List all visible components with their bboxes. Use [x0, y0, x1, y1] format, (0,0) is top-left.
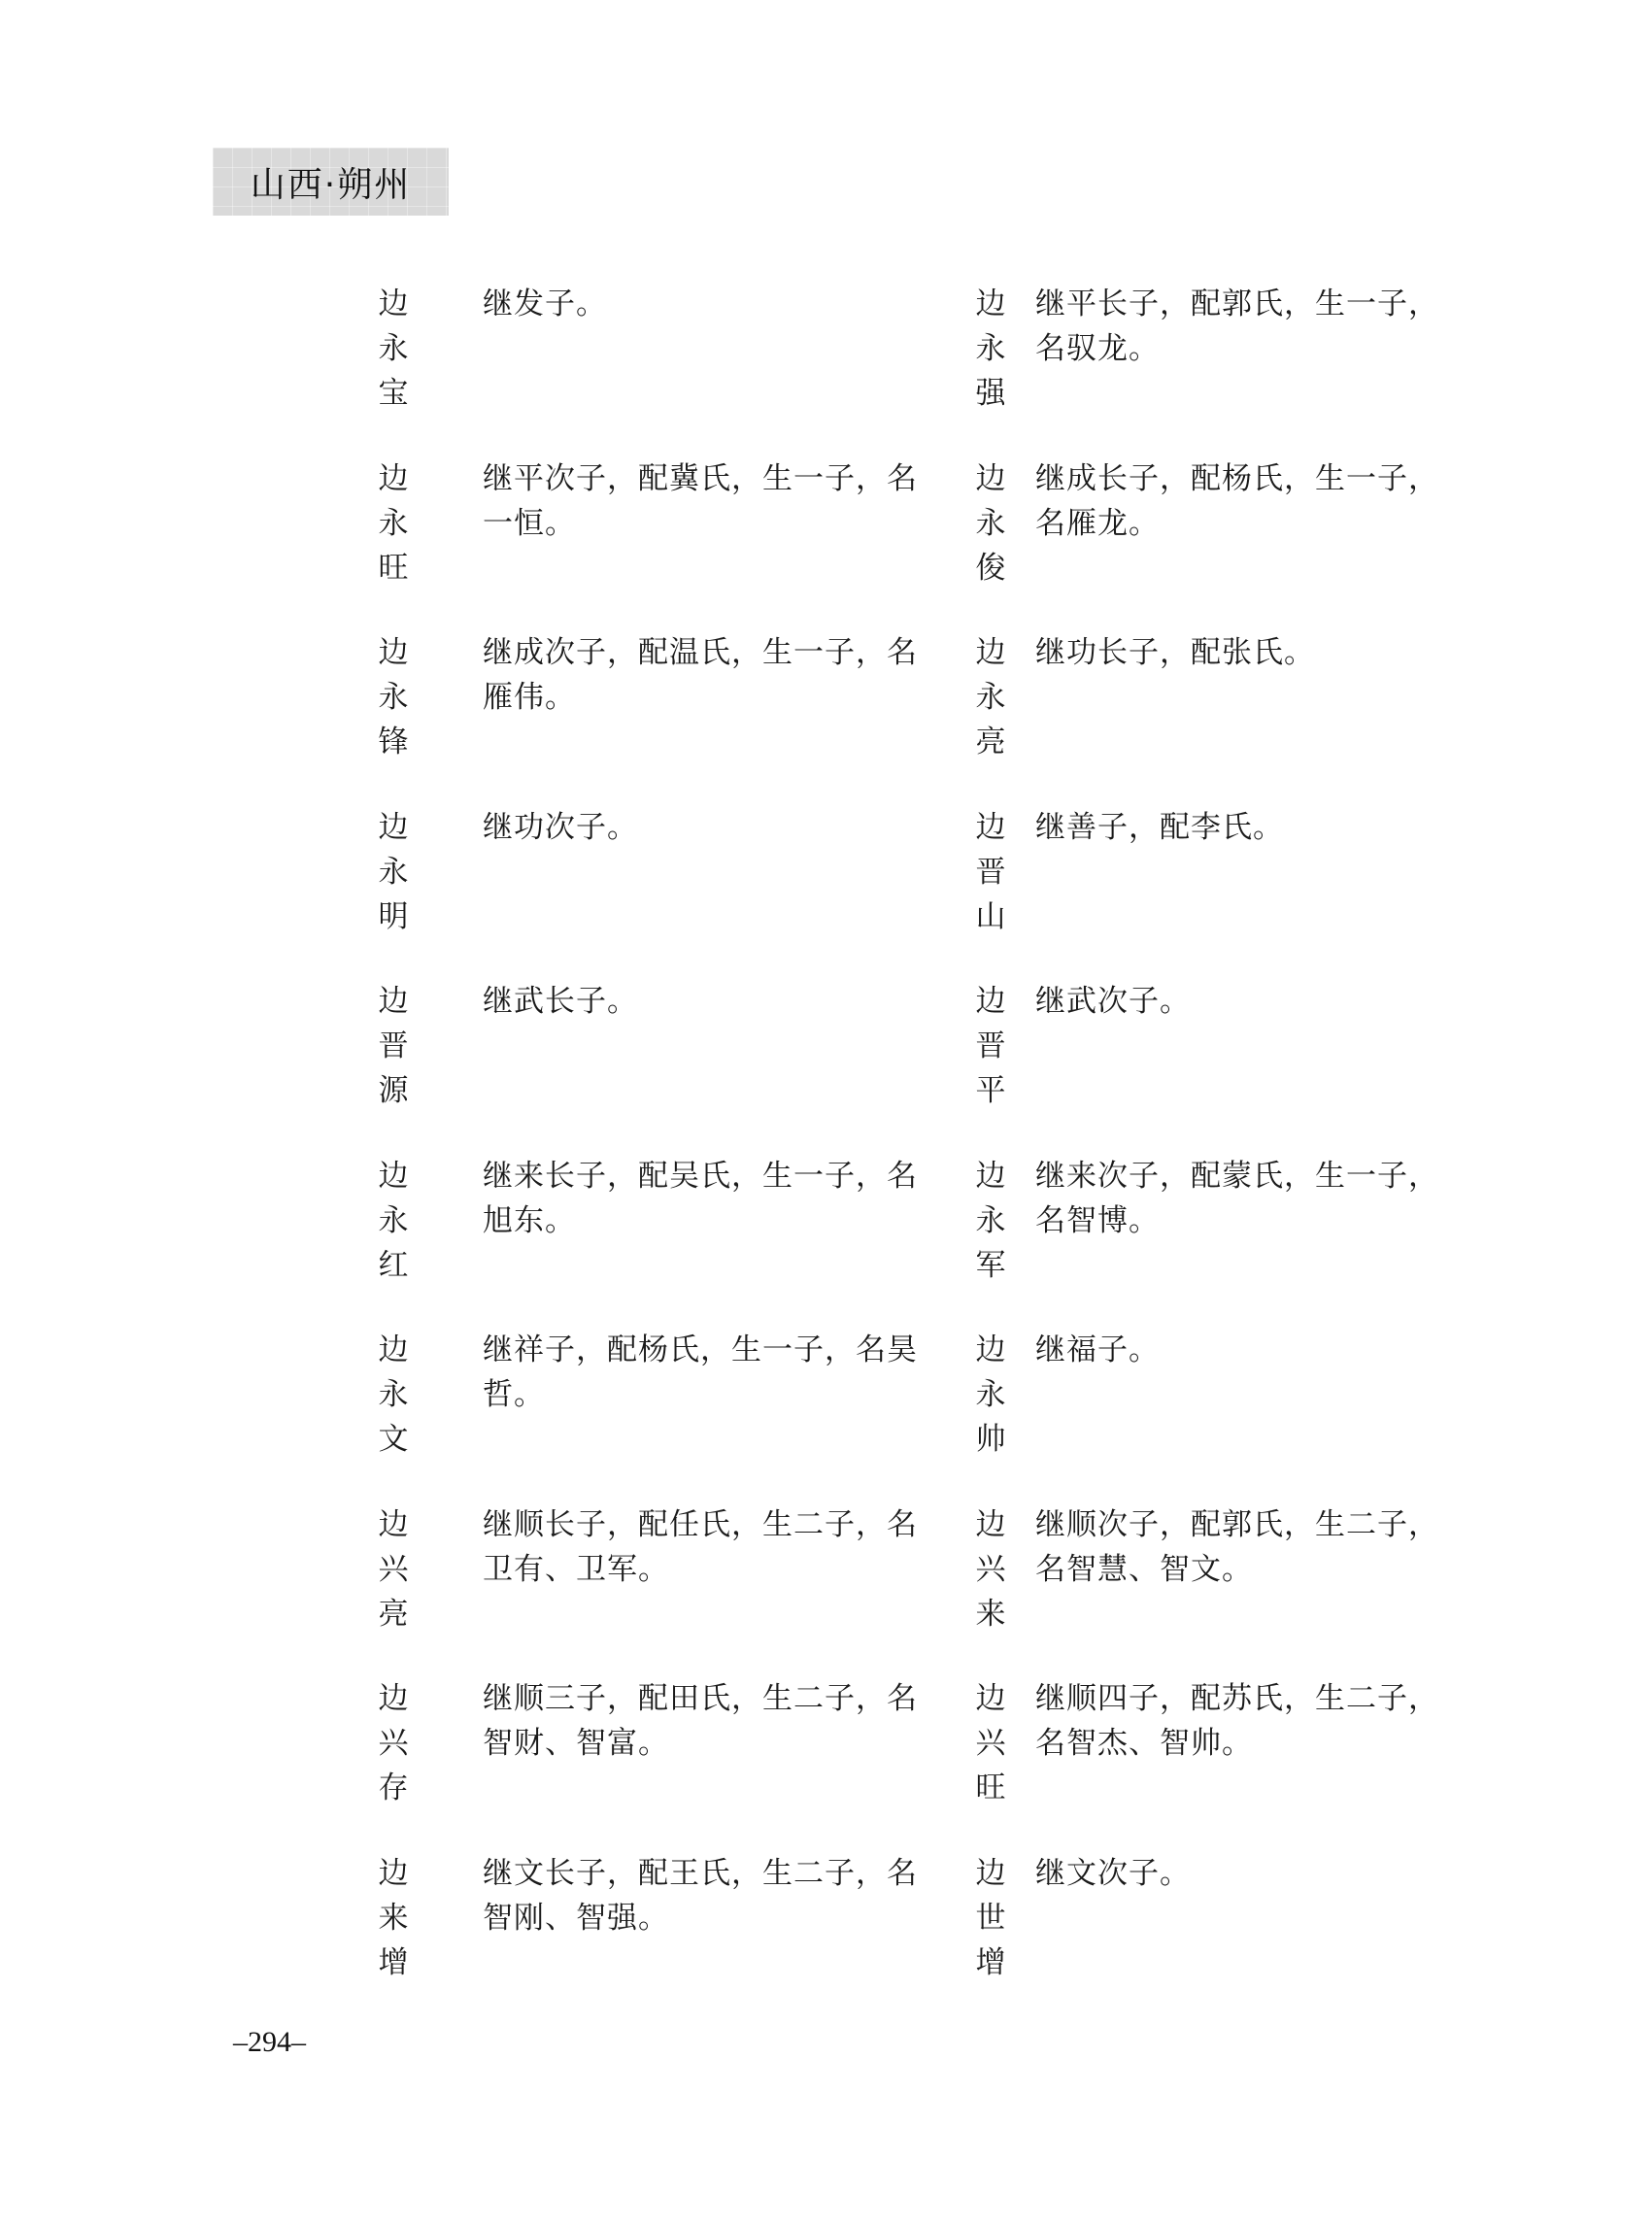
person-name: 边兴来: [971, 1502, 1010, 1636]
person-name: 边永锋: [374, 630, 413, 764]
genealogy-entry: 边晋源继武长子。: [374, 979, 920, 1113]
person-description: 继祥子，配杨氏，生一子，名昊哲。: [483, 1328, 920, 1462]
name-character: 永: [374, 1198, 413, 1243]
person-name: 边永明: [374, 805, 413, 939]
genealogy-entry: 边世增继文次子。: [971, 1851, 1453, 1985]
name-character: 永: [374, 326, 413, 371]
person-description: 继文长子，配王氏，生二子，名智刚、智强。: [483, 1851, 920, 1985]
person-description: 继善子，配李氏。: [1035, 805, 1453, 939]
name-character: 晋: [374, 1024, 413, 1068]
name-character: 明: [374, 894, 413, 939]
person-name: 边兴旺: [971, 1676, 1010, 1810]
name-character: 旺: [971, 1766, 1010, 1810]
name-character: 永: [374, 675, 413, 720]
person-name: 边晋平: [971, 979, 1010, 1113]
name-character: 边: [971, 805, 1010, 850]
name-character: 边: [374, 1328, 413, 1372]
person-name: 边永军: [971, 1154, 1010, 1288]
genealogy-entry: 边永文继祥子，配杨氏，生一子，名昊哲。: [374, 1328, 920, 1462]
name-character: 边: [971, 979, 1010, 1024]
name-character: 俊: [971, 546, 1010, 590]
genealogy-entry: 边兴旺继顺四子，配苏氏，生二子，名智杰、智帅。: [971, 1676, 1453, 1810]
genealogy-entry: 边永宝继发子。: [374, 282, 920, 416]
name-character: 永: [971, 501, 1010, 546]
genealogy-entry: 边永强继平长子，配郭氏，生一子，名驭龙。: [971, 282, 1453, 416]
name-character: 增: [971, 1940, 1010, 1985]
person-description: 继功长子，配张氏。: [1035, 630, 1453, 764]
person-description: 继成次子，配温氏，生一子，名雁伟。: [483, 630, 920, 764]
name-character: 强: [971, 371, 1010, 416]
name-character: 边: [374, 1154, 413, 1198]
name-character: 文: [374, 1417, 413, 1462]
genealogy-entry: 边永帅继福子。: [971, 1328, 1453, 1462]
person-name: 边永俊: [971, 456, 1010, 590]
name-character: 边: [374, 979, 413, 1024]
name-character: 边: [374, 805, 413, 850]
person-description: 继发子。: [483, 282, 920, 416]
name-character: 兴: [374, 1547, 413, 1592]
name-character: 存: [374, 1766, 413, 1810]
name-character: 永: [374, 850, 413, 894]
name-character: 亮: [374, 1592, 413, 1636]
name-character: 永: [374, 1372, 413, 1417]
name-character: 宝: [374, 371, 413, 416]
name-character: 边: [971, 1502, 1010, 1547]
genealogy-entry: 边晋山继善子，配李氏。: [971, 805, 1453, 939]
person-name: 边来增: [374, 1851, 413, 1985]
name-character: 边: [971, 456, 1010, 501]
genealogy-entry: 边永军继来次子，配蒙氏，生一子，名智博。: [971, 1154, 1453, 1288]
person-description: 继武次子。: [1035, 979, 1453, 1113]
running-header: 山西·朔州: [213, 148, 449, 216]
person-name: 边晋源: [374, 979, 413, 1113]
name-character: 晋: [971, 1024, 1010, 1068]
name-character: 边: [374, 1851, 413, 1896]
person-description: 继顺四子，配苏氏，生二子，名智杰、智帅。: [1035, 1676, 1453, 1810]
name-character: 红: [374, 1243, 413, 1288]
name-character: 山: [971, 894, 1010, 939]
name-character: 帅: [971, 1417, 1010, 1462]
person-name: 边兴存: [374, 1676, 413, 1810]
genealogy-entry: 边兴亮继顺长子，配任氏，生二子，名卫有、卫军。: [374, 1502, 920, 1636]
name-character: 平: [971, 1068, 1010, 1113]
person-name: 边世增: [971, 1851, 1010, 1985]
name-character: 边: [374, 282, 413, 326]
genealogy-entry: 边永锋继成次子，配温氏，生一子，名雁伟。: [374, 630, 920, 764]
name-character: 增: [374, 1940, 413, 1985]
name-character: 边: [374, 1676, 413, 1721]
genealogy-entry: 边兴来继顺次子，配郭氏，生二子，名智慧、智文。: [971, 1502, 1453, 1636]
person-description: 继来长子，配吴氏，生一子，名旭东。: [483, 1154, 920, 1288]
name-character: 边: [374, 630, 413, 675]
name-character: 永: [971, 1372, 1010, 1417]
name-character: 永: [374, 501, 413, 546]
name-character: 兴: [374, 1721, 413, 1766]
name-character: 军: [971, 1243, 1010, 1288]
name-character: 永: [971, 326, 1010, 371]
genealogy-entry: 边永亮继功长子，配张氏。: [971, 630, 1453, 764]
person-description: 继顺长子，配任氏，生二子，名卫有、卫军。: [483, 1502, 920, 1636]
name-character: 边: [971, 1676, 1010, 1721]
person-description: 继顺三子，配田氏，生二子，名智财、智富。: [483, 1676, 920, 1810]
person-description: 继福子。: [1035, 1328, 1453, 1462]
person-description: 继文次子。: [1035, 1851, 1453, 1985]
name-character: 旺: [374, 546, 413, 590]
name-character: 世: [971, 1896, 1010, 1940]
genealogy-entry: 边晋平继武次子。: [971, 979, 1453, 1113]
name-character: 边: [971, 630, 1010, 675]
name-character: 边: [374, 456, 413, 501]
name-character: 来: [971, 1592, 1010, 1636]
genealogy-entry: 边永明继功次子。: [374, 805, 920, 939]
genealogy-entry: 边兴存继顺三子，配田氏，生二子，名智财、智富。: [374, 1676, 920, 1810]
person-name: 边永亮: [971, 630, 1010, 764]
person-name: 边永红: [374, 1154, 413, 1288]
name-character: 兴: [971, 1547, 1010, 1592]
name-character: 边: [971, 282, 1010, 326]
person-description: 继功次子。: [483, 805, 920, 939]
person-description: 继来次子，配蒙氏，生一子，名智博。: [1035, 1154, 1453, 1288]
name-character: 边: [971, 1328, 1010, 1372]
name-character: 锋: [374, 720, 413, 764]
name-character: 兴: [971, 1721, 1010, 1766]
person-name: 边永帅: [971, 1328, 1010, 1462]
page-number: –294–: [233, 2026, 306, 2059]
person-description: 继顺次子，配郭氏，生二子，名智慧、智文。: [1035, 1502, 1453, 1636]
name-character: 边: [971, 1154, 1010, 1198]
person-name: 边永文: [374, 1328, 413, 1462]
genealogy-entry: 边永俊继成长子，配杨氏，生一子，名雁龙。: [971, 456, 1453, 590]
genealogy-entry: 边来增继文长子，配王氏，生二子，名智刚、智强。: [374, 1851, 920, 1985]
person-name: 边永宝: [374, 282, 413, 416]
person-description: 继平长子，配郭氏，生一子，名驭龙。: [1035, 282, 1453, 416]
person-description: 继平次子，配冀氏，生一子，名一恒。: [483, 456, 920, 590]
name-character: 永: [971, 675, 1010, 720]
name-character: 来: [374, 1896, 413, 1940]
name-character: 源: [374, 1068, 413, 1113]
name-character: 边: [374, 1502, 413, 1547]
person-description: 继武长子。: [483, 979, 920, 1113]
person-name: 边晋山: [971, 805, 1010, 939]
person-description: 继成长子，配杨氏，生一子，名雁龙。: [1035, 456, 1453, 590]
person-name: 边兴亮: [374, 1502, 413, 1636]
genealogy-entry: 边永红继来长子，配吴氏，生一子，名旭东。: [374, 1154, 920, 1288]
name-character: 晋: [971, 850, 1010, 894]
name-character: 永: [971, 1198, 1010, 1243]
header-title: 山西·朔州: [251, 157, 411, 207]
name-character: 边: [971, 1851, 1010, 1896]
name-character: 亮: [971, 720, 1010, 764]
genealogy-entry: 边永旺继平次子，配冀氏，生一子，名一恒。: [374, 456, 920, 590]
person-name: 边永强: [971, 282, 1010, 416]
person-name: 边永旺: [374, 456, 413, 590]
